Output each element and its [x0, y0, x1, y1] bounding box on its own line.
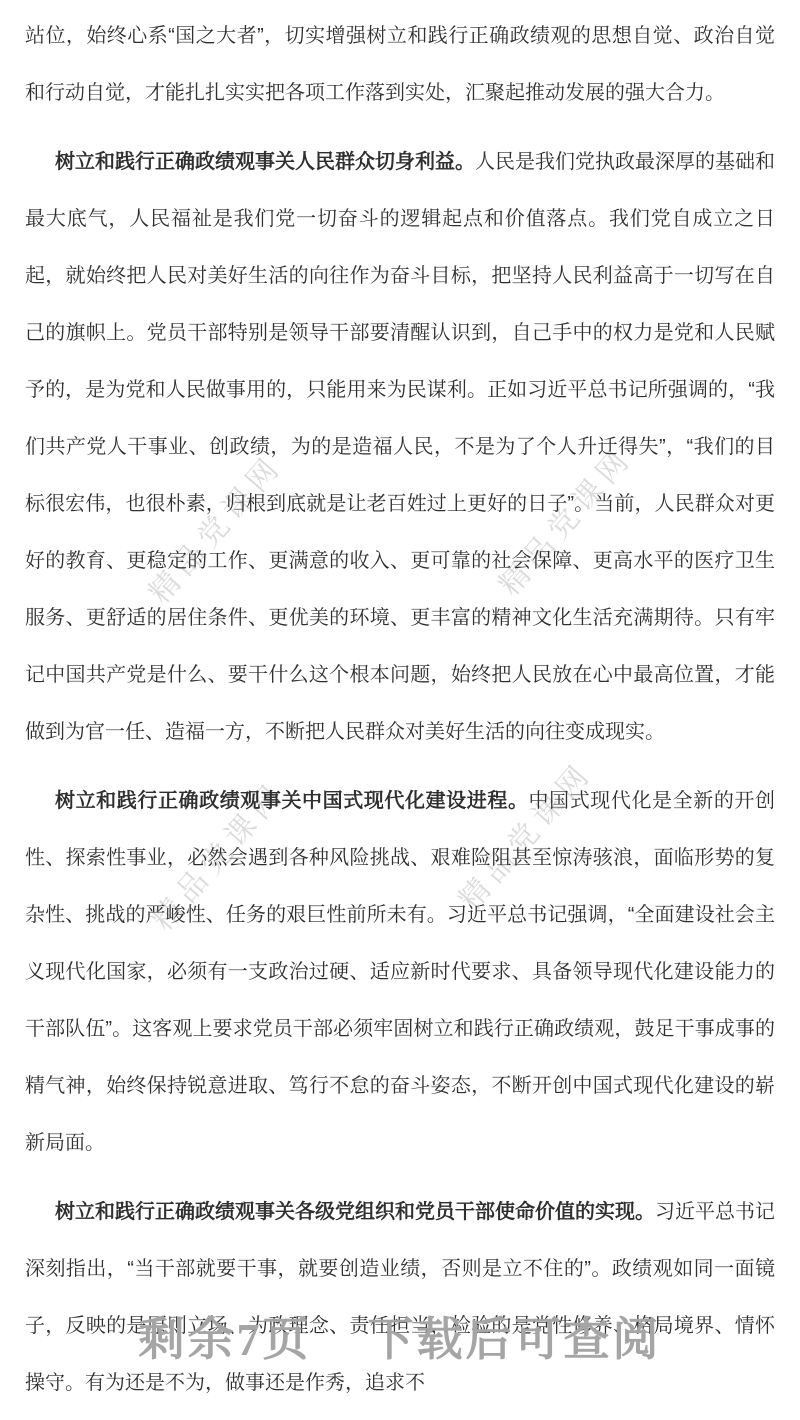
pages-remaining-label: 剩余7页: [139, 1314, 312, 1365]
preview-footer: 剩余7页下载后可查阅: [0, 1303, 800, 1369]
paragraph-text: 中国式现代化是全新的开创性、探索性事业，必然会遇到各种风险挑战、艰难险阻甚至惊涛…: [25, 790, 775, 1154]
paragraph-lead: 树立和践行正确政绩观事关中国式现代化建设进程。: [55, 790, 529, 812]
paragraph: 树立和践行正确政绩观事关各级党组织和党员干部使命价值的实现。习近平总书记深刻指出…: [25, 1184, 775, 1412]
paragraph-text: 人民是我们党执政最深厚的基础和最大底气，人民福祉是我们党一切奋斗的逻辑起点和价值…: [25, 151, 775, 743]
document-page: 精品党课网 精品党课网 精品党课网 精品党课网 站位，始终心系“国之大者”，切实…: [0, 0, 800, 1420]
paragraph-lead: 树立和践行正确政绩观事关人民群众切身利益。: [55, 151, 475, 173]
paragraph-text: 站位，始终心系“国之大者”，切实增强树立和践行正确政绩观的思想自觉、政治自觉和行…: [25, 25, 775, 104]
download-hint: 下载后可查阅: [368, 1314, 662, 1365]
paragraph-lead: 树立和践行正确政绩观事关各级党组织和党员干部使命价值的实现。: [55, 1201, 655, 1223]
paragraph: 站位，始终心系“国之大者”，切实增强树立和践行正确政绩观的思想自觉、政治自觉和行…: [25, 8, 775, 122]
paragraph: 树立和践行正确政绩观事关人民群众切身利益。人民是我们党执政最深厚的基础和最大底气…: [25, 134, 775, 761]
document-body: 站位，始终心系“国之大者”，切实增强树立和践行正确政绩观的思想自觉、政治自觉和行…: [0, 0, 800, 1412]
paragraph: 树立和践行正确政绩观事关中国式现代化建设进程。中国式现代化是全新的开创性、探索性…: [25, 773, 775, 1172]
